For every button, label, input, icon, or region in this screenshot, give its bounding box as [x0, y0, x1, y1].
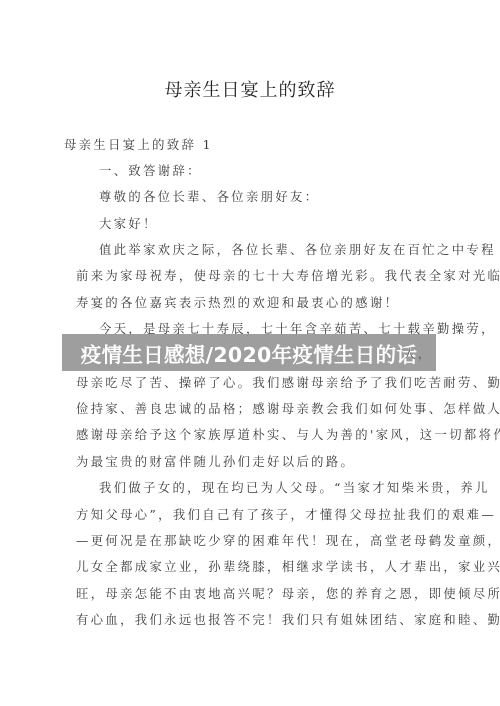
doc-line: 儿女全都成家立业，孙辈绕膝，相继求学读书，人才辈出，家业兴 [76, 559, 500, 575]
doc-line: 方知父母心”，我们自己有了孩子，才懂得父母拉扯我们的艰难— [76, 507, 496, 523]
doc-line: 母亲生日宴上的致辞 1 [64, 137, 213, 153]
doc-line: 一、致答谢辞： [99, 163, 202, 179]
doc-line: 感谢母亲给予这个家族厚道朴实、与人为善的'家风，这一切都将作 [76, 427, 500, 443]
doc-line: 旺，母亲怎能不由衷地高兴呢？母亲，您的养育之恩，即使倾尽所 [76, 586, 500, 602]
doc-line: 我们做子女的，现在均已为人父母。“当家才知柴米贵，养儿 [99, 480, 490, 496]
title-overlay-banner: 疫情生日感想/2020年疫情生日的话 人， [62, 334, 436, 371]
document-title: 母亲生日宴上的致辞 [0, 79, 500, 103]
doc-line: —更何况是在那缺吃少穿的困难年代！现在，高堂老母鹤发童颜， [76, 533, 500, 549]
doc-line: 为最宝贵的财富伴随儿孙们走好以后的路。 [76, 454, 355, 470]
doc-line: 寿宴的各位嘉宾表示热烈的欢迎和最衷心的感谢！ [76, 295, 399, 311]
doc-line: 有心血，我们永远也报答不完！我们只有姐妹团结、家庭和睦、勤 [76, 612, 500, 628]
document-page: 母亲生日宴上的致辞 母亲生日宴上的致辞 1 一、致答谢辞： 尊敬的各位长辈、各位… [0, 0, 500, 706]
doc-line: 母亲吃尽了苦、操碎了心。我们感谢母亲给予了我们吃苦耐劳、勤 [76, 375, 500, 391]
doc-line: 值此举家欢庆之际，各位长辈、各位亲朋好友在百忙之中专程 [99, 242, 496, 258]
doc-line: 尊敬的各位长辈、各位亲朋好友： [99, 189, 319, 205]
obscured-line-tail: 人， [403, 344, 432, 362]
doc-line: 前来为家母祝寿，使母亲的七十大寿倍增光彩。我代表全家对光临 [76, 268, 500, 284]
doc-line: 大家好！ [99, 216, 158, 232]
overlay-banner-text: 疫情生日感想/2020年疫情生日的话 [81, 338, 417, 368]
doc-line: 俭持家、善良忠诚的品格；感谢母亲教会我们如何处事、怎样做人； [76, 401, 500, 417]
